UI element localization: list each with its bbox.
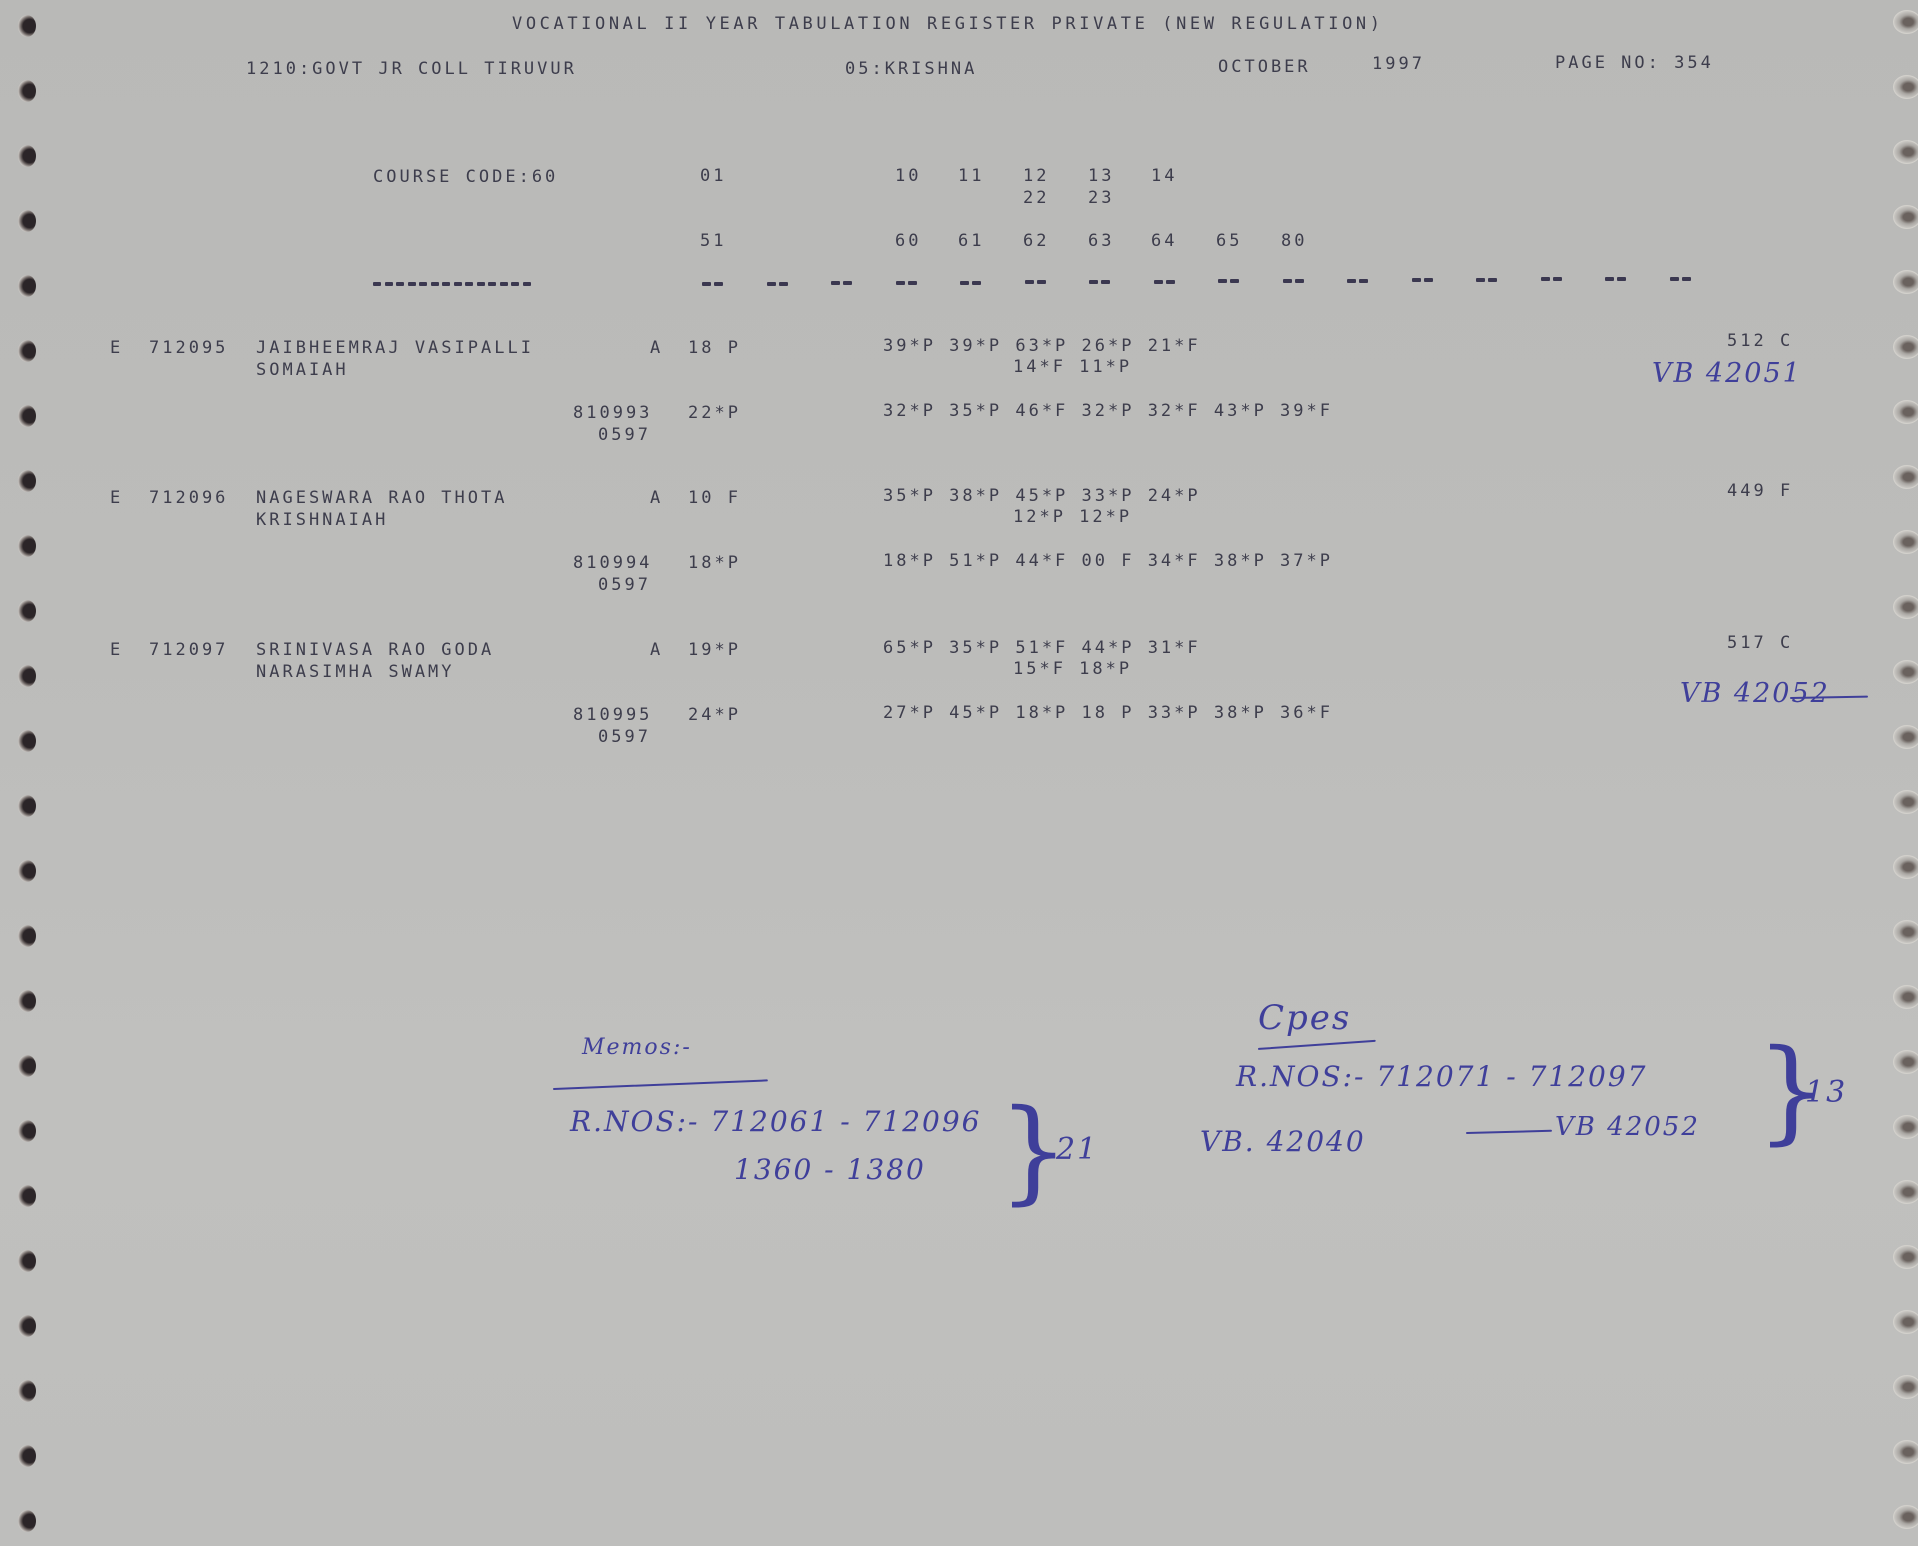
rule-dash bbox=[396, 282, 404, 286]
binding-hole bbox=[18, 730, 36, 752]
subject-code: 14 bbox=[1151, 166, 1177, 186]
binding-hole bbox=[18, 1185, 36, 1207]
subject-code: 60 bbox=[895, 231, 921, 251]
binding-hole bbox=[1893, 1310, 1918, 1334]
rule-dash bbox=[831, 281, 840, 285]
second-year-subjects: 27*P 45*P 18*P 18 P 33*P 38*P 36*F bbox=[883, 703, 1333, 723]
prev-hall-ticket: 810993 bbox=[573, 403, 652, 423]
student-name-line2: NARASIMHA SWAMY bbox=[256, 662, 455, 682]
page-number: PAGE NO: 354 bbox=[1555, 53, 1714, 73]
prev-session: 0597 bbox=[598, 425, 651, 445]
binding-hole bbox=[1893, 725, 1918, 749]
binding-hole bbox=[1893, 1440, 1918, 1464]
binding-hole bbox=[1893, 595, 1918, 619]
subject-code: 64 bbox=[1151, 231, 1177, 251]
binding-hole bbox=[1893, 10, 1918, 34]
memos-count: 21 bbox=[1056, 1132, 1098, 1167]
rule-dash bbox=[1605, 277, 1614, 281]
binding-hole bbox=[18, 1380, 36, 1402]
medium-code: A bbox=[650, 338, 663, 358]
rule-dash bbox=[488, 282, 496, 286]
record-type: E bbox=[110, 640, 123, 660]
binding-hole bbox=[18, 1250, 36, 1272]
rule-dash bbox=[431, 282, 439, 286]
prev-session: 0597 bbox=[598, 727, 651, 747]
rule-dash bbox=[511, 282, 519, 286]
subject-code: 61 bbox=[958, 231, 984, 251]
binding-hole bbox=[1893, 205, 1918, 229]
subject-code: 22 bbox=[1023, 188, 1049, 208]
medium-code: A bbox=[650, 488, 663, 508]
rule-dash bbox=[1037, 280, 1046, 284]
binding-hole bbox=[1893, 1245, 1918, 1269]
binding-hole bbox=[18, 1510, 36, 1532]
total-marks: 449 F bbox=[1727, 481, 1793, 501]
binding-hole bbox=[1893, 140, 1918, 164]
student-name-line1: JAIBHEEMRAJ VASIPALLI bbox=[256, 338, 534, 358]
rule-dash bbox=[1359, 279, 1368, 283]
rule-dash bbox=[1553, 277, 1562, 281]
rule-dash bbox=[1476, 278, 1485, 282]
subject-code: 23 bbox=[1088, 188, 1114, 208]
binding-hole bbox=[18, 600, 36, 622]
second-year-mark: 18*P bbox=[688, 553, 741, 573]
binding-hole bbox=[18, 665, 36, 687]
binding-hole bbox=[18, 15, 36, 37]
rule-dash bbox=[1488, 278, 1497, 282]
rule-dash bbox=[454, 282, 462, 286]
rule-dash bbox=[1347, 279, 1356, 283]
first-year-subjects: 35*P 38*P 45*P 33*P 24*P bbox=[883, 486, 1201, 506]
rule-dash bbox=[465, 282, 473, 286]
binding-hole bbox=[18, 405, 36, 427]
subject-code: 11 bbox=[958, 166, 984, 186]
memos-underline bbox=[553, 1079, 768, 1090]
rule-dash bbox=[972, 281, 981, 285]
medium-code: A bbox=[650, 640, 663, 660]
rule-dash bbox=[523, 282, 531, 286]
second-year-subjects: 32*P 35*P 46*F 32*P 32*F 43*P 39*F bbox=[883, 401, 1333, 421]
cpes-arrow bbox=[1466, 1130, 1552, 1134]
first-year-subjects: 39*P 39*P 63*P 26*P 21*F bbox=[883, 336, 1201, 356]
second-year-mark: 24*P bbox=[688, 705, 741, 725]
subject-code: 12 bbox=[1023, 166, 1049, 186]
cpes-count: 13 bbox=[1805, 1075, 1847, 1110]
rule-dash bbox=[442, 282, 450, 286]
binding-hole bbox=[1893, 270, 1918, 294]
total-marks: 517 C bbox=[1727, 633, 1793, 653]
cpes-vb-from: VB. 42040 bbox=[1200, 1125, 1366, 1158]
roll-number: 712095 bbox=[149, 338, 228, 358]
binding-hole bbox=[18, 925, 36, 947]
rule-dash bbox=[1670, 277, 1679, 281]
student-name-line2: SOMAIAH bbox=[256, 360, 349, 380]
cpes-vb-to: VB 42052 bbox=[1555, 1112, 1700, 1142]
binding-hole bbox=[18, 860, 36, 882]
binding-hole bbox=[1893, 400, 1918, 424]
rule-dash bbox=[1089, 280, 1098, 284]
binding-hole bbox=[1893, 530, 1918, 554]
binding-hole bbox=[1893, 335, 1918, 359]
binding-hole bbox=[18, 470, 36, 492]
record-type: E bbox=[110, 338, 123, 358]
exam-year: 1997 bbox=[1372, 54, 1425, 74]
rule-dash bbox=[896, 281, 905, 285]
prev-hall-ticket: 810994 bbox=[573, 553, 652, 573]
binding-hole bbox=[1893, 465, 1918, 489]
rule-dash bbox=[702, 282, 711, 286]
roll-number: 712097 bbox=[149, 640, 228, 660]
subject-code: 62 bbox=[1023, 231, 1049, 251]
rule-dash bbox=[385, 282, 393, 286]
course-code: COURSE CODE:60 bbox=[373, 167, 558, 187]
memos-heading: Memos:- bbox=[582, 1035, 692, 1060]
rule-dash bbox=[477, 282, 485, 286]
memos-serial-range: 1360 - 1380 bbox=[734, 1153, 926, 1186]
binding-hole bbox=[1893, 920, 1918, 944]
binding-hole bbox=[1893, 1180, 1918, 1204]
rule-dash bbox=[1166, 280, 1175, 284]
binding-hole bbox=[18, 1120, 36, 1142]
college-name: 1210:GOVT JR COLL TIRUVUR bbox=[246, 59, 577, 79]
cpes-underline bbox=[1258, 1040, 1376, 1050]
subject-code: 63 bbox=[1088, 231, 1114, 251]
total-marks: 512 C bbox=[1727, 331, 1793, 351]
district-name: 05:KRISHNA bbox=[845, 59, 977, 79]
subject-code: 51 bbox=[700, 231, 726, 251]
rule-dash bbox=[843, 281, 852, 285]
register-title: VOCATIONAL II YEAR TABULATION REGISTER P… bbox=[512, 14, 1384, 34]
first-year-subjects: 65*P 35*P 51*F 44*P 31*F bbox=[883, 638, 1201, 658]
binding-hole bbox=[18, 535, 36, 557]
subject-code: 01 bbox=[700, 166, 726, 186]
student-name-line1: NAGESWARA RAO THOTA bbox=[256, 488, 507, 508]
binding-hole bbox=[18, 340, 36, 362]
first-year-sub-marks: 12*P 12*P bbox=[1013, 507, 1132, 527]
subject-code: 65 bbox=[1216, 231, 1242, 251]
rule-dash bbox=[1617, 277, 1626, 281]
rule-dash bbox=[1541, 277, 1550, 281]
rule-dash bbox=[960, 281, 969, 285]
binding-hole bbox=[1893, 790, 1918, 814]
second-year-subjects: 18*P 51*P 44*F 00 F 34*F 38*P 37*P bbox=[883, 551, 1333, 571]
rule-dash bbox=[1295, 279, 1304, 283]
binding-hole bbox=[1893, 75, 1918, 99]
binding-hole bbox=[1893, 1050, 1918, 1074]
rule-dash bbox=[419, 282, 427, 286]
rule-dash bbox=[1218, 279, 1227, 283]
binding-hole bbox=[1893, 660, 1918, 684]
annotation-vb-42051: VB 42051 bbox=[1652, 358, 1802, 389]
first-year-mark: 18 P bbox=[688, 338, 741, 358]
rule-dash bbox=[373, 282, 381, 286]
rule-dash bbox=[1424, 278, 1433, 282]
binding-hole bbox=[18, 1055, 36, 1077]
binding-hole bbox=[18, 145, 36, 167]
first-year-mark: 10 F bbox=[688, 488, 741, 508]
prev-session: 0597 bbox=[598, 575, 651, 595]
binding-hole bbox=[1893, 1505, 1918, 1529]
binding-hole bbox=[18, 80, 36, 102]
binding-hole bbox=[1893, 1115, 1918, 1139]
binding-hole bbox=[1893, 855, 1918, 879]
rule-dash bbox=[1283, 279, 1292, 283]
rule-dash bbox=[714, 282, 723, 286]
rule-dash bbox=[1154, 280, 1163, 284]
binding-hole bbox=[1893, 985, 1918, 1009]
cpes-heading: Cpes bbox=[1258, 998, 1351, 1038]
binding-hole bbox=[18, 990, 36, 1012]
subject-code: 80 bbox=[1281, 231, 1307, 251]
first-year-mark: 19*P bbox=[688, 640, 741, 660]
subject-code: 13 bbox=[1088, 166, 1114, 186]
record-type: E bbox=[110, 488, 123, 508]
binding-hole bbox=[18, 275, 36, 297]
exam-month: OCTOBER bbox=[1218, 57, 1311, 77]
binding-hole bbox=[18, 210, 36, 232]
rule-dash bbox=[908, 281, 917, 285]
binding-hole bbox=[18, 795, 36, 817]
rule-dash bbox=[1025, 280, 1034, 284]
rule-dash bbox=[500, 282, 508, 286]
rule-dash bbox=[1412, 278, 1421, 282]
binding-hole bbox=[1893, 1375, 1918, 1399]
student-name-line2: KRISHNAIAH bbox=[256, 510, 388, 530]
subject-code: 10 bbox=[895, 166, 921, 186]
annotation-vb-42052: VB 42052 bbox=[1680, 678, 1830, 709]
rule-dash bbox=[1101, 280, 1110, 284]
cpes-roll-range: R.NOS:- 712071 - 712097 bbox=[1236, 1060, 1647, 1093]
binding-hole bbox=[18, 1315, 36, 1337]
rule-dash bbox=[767, 282, 776, 286]
roll-number: 712096 bbox=[149, 488, 228, 508]
student-name-line1: SRINIVASA RAO GODA bbox=[256, 640, 494, 660]
second-year-mark: 22*P bbox=[688, 403, 741, 423]
first-year-sub-marks: 14*F 11*P bbox=[1013, 357, 1132, 377]
memos-roll-range: R.NOS:- 712061 - 712096 bbox=[570, 1105, 981, 1138]
rule-dash bbox=[779, 282, 788, 286]
rule-dash bbox=[408, 282, 416, 286]
first-year-sub-marks: 15*F 18*P bbox=[1013, 659, 1132, 679]
rule-dash bbox=[1230, 279, 1239, 283]
binding-hole bbox=[18, 1445, 36, 1467]
rule-dash bbox=[1682, 277, 1691, 281]
prev-hall-ticket: 810995 bbox=[573, 705, 652, 725]
